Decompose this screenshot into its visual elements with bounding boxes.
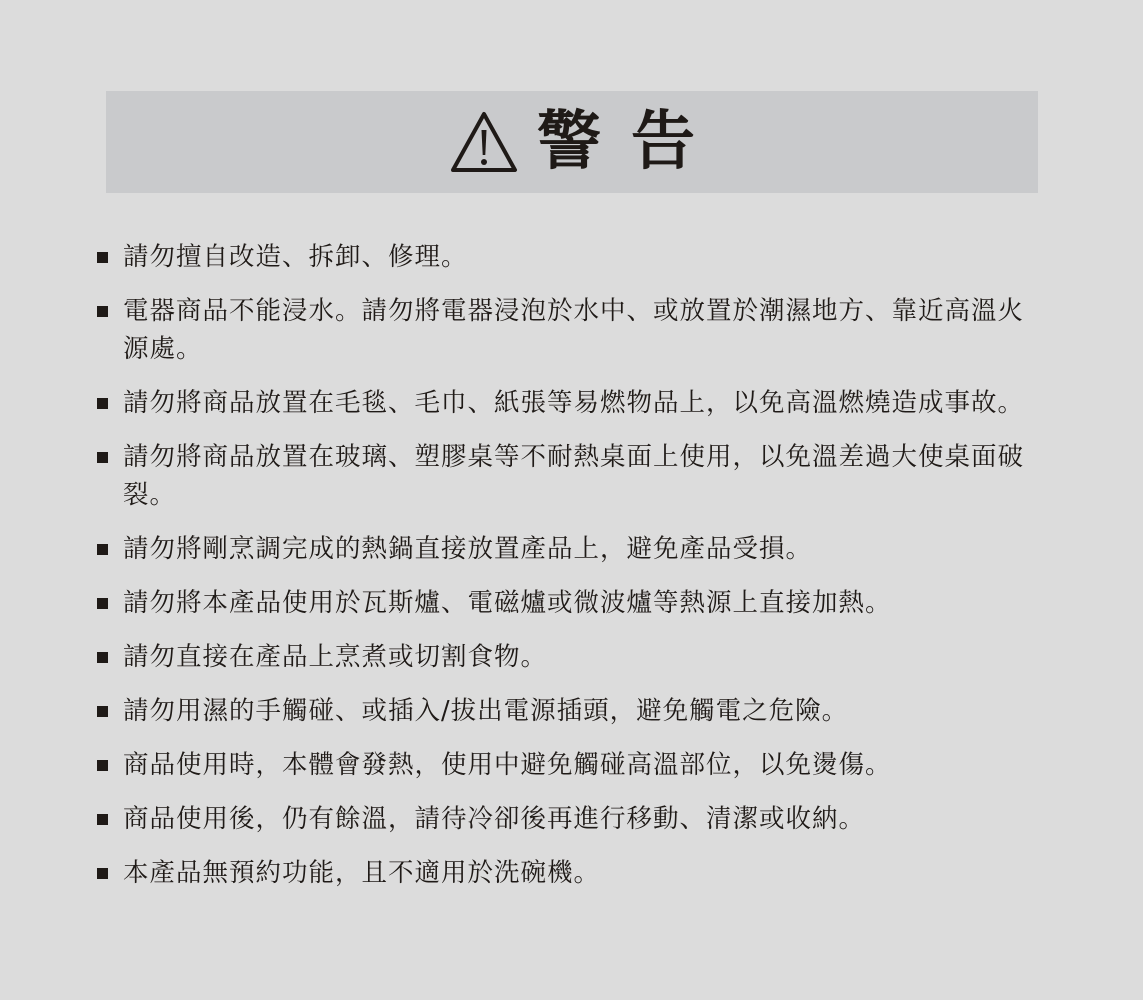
warning-text: 商品使用後，仍有餘溫，請待冷卻後再進行移動、清潔或收納。	[123, 800, 1047, 838]
square-bullet-icon	[97, 544, 108, 555]
warning-item: 請勿將本產品使用於瓦斯爐、電磁爐或微波爐等熱源上直接加熱。	[97, 584, 1047, 622]
square-bullet-icon	[97, 452, 108, 463]
warning-item: 請勿將剛烹調完成的熱鍋直接放置產品上，避免產品受損。	[97, 530, 1047, 568]
warning-text: 請勿用濕的手觸碰、或插入/拔出電源插頭，避免觸電之危險。	[123, 692, 1047, 730]
square-bullet-icon	[97, 306, 108, 317]
square-bullet-icon	[97, 760, 108, 771]
warning-text: 電器商品不能浸水。請勿將電器浸泡於水中、或放置於潮濕地方、靠近高溫火源處。	[123, 292, 1047, 368]
warning-text: 請勿將商品放置在玻璃、塑膠桌等不耐熱桌面上使用，以免溫差過大使桌面破裂。	[123, 438, 1047, 514]
warning-item: 請勿將商品放置在毛毯、毛巾、紙張等易燃物品上，以免高溫燃燒造成事故。	[97, 384, 1047, 422]
warning-text: 商品使用時，本體會發熱，使用中避免觸碰高溫部位，以免燙傷。	[123, 746, 1047, 784]
warning-title: 警告	[537, 110, 725, 174]
warning-header-content: 警告	[449, 110, 695, 174]
warning-item: 請勿將商品放置在玻璃、塑膠桌等不耐熱桌面上使用，以免溫差過大使桌面破裂。	[97, 438, 1047, 514]
warning-item: 請勿用濕的手觸碰、或插入/拔出電源插頭，避免觸電之危險。	[97, 692, 1047, 730]
warning-text: 請勿將商品放置在毛毯、毛巾、紙張等易燃物品上，以免高溫燃燒造成事故。	[123, 384, 1047, 422]
square-bullet-icon	[97, 868, 108, 879]
square-bullet-icon	[97, 814, 108, 825]
square-bullet-icon	[97, 652, 108, 663]
warning-item: 請勿擅自改造、拆卸、修理。	[97, 238, 1047, 276]
square-bullet-icon	[97, 706, 108, 717]
warning-item: 商品使用後，仍有餘溫，請待冷卻後再進行移動、清潔或收納。	[97, 800, 1047, 838]
warning-item: 請勿直接在產品上烹煮或切割食物。	[97, 638, 1047, 676]
warning-text: 請勿將剛烹調完成的熱鍋直接放置產品上，避免產品受損。	[123, 530, 1047, 568]
warning-item: 商品使用時，本體會發熱，使用中避免觸碰高溫部位，以免燙傷。	[97, 746, 1047, 784]
warning-text: 請勿將本產品使用於瓦斯爐、電磁爐或微波爐等熱源上直接加熱。	[123, 584, 1047, 622]
warning-triangle-icon	[449, 110, 519, 174]
warning-text: 請勿直接在產品上烹煮或切割食物。	[123, 638, 1047, 676]
square-bullet-icon	[97, 598, 108, 609]
warning-text: 請勿擅自改造、拆卸、修理。	[123, 238, 1047, 276]
square-bullet-icon	[97, 252, 108, 263]
warning-item: 本產品無預約功能，且不適用於洗碗機。	[97, 854, 1047, 892]
warning-header: 警告	[106, 91, 1038, 193]
warning-text: 本產品無預約功能，且不適用於洗碗機。	[123, 854, 1047, 892]
warning-item: 電器商品不能浸水。請勿將電器浸泡於水中、或放置於潮濕地方、靠近高溫火源處。	[97, 292, 1047, 368]
warning-list: 請勿擅自改造、拆卸、修理。 電器商品不能浸水。請勿將電器浸泡於水中、或放置於潮濕…	[97, 238, 1047, 908]
square-bullet-icon	[97, 398, 108, 409]
